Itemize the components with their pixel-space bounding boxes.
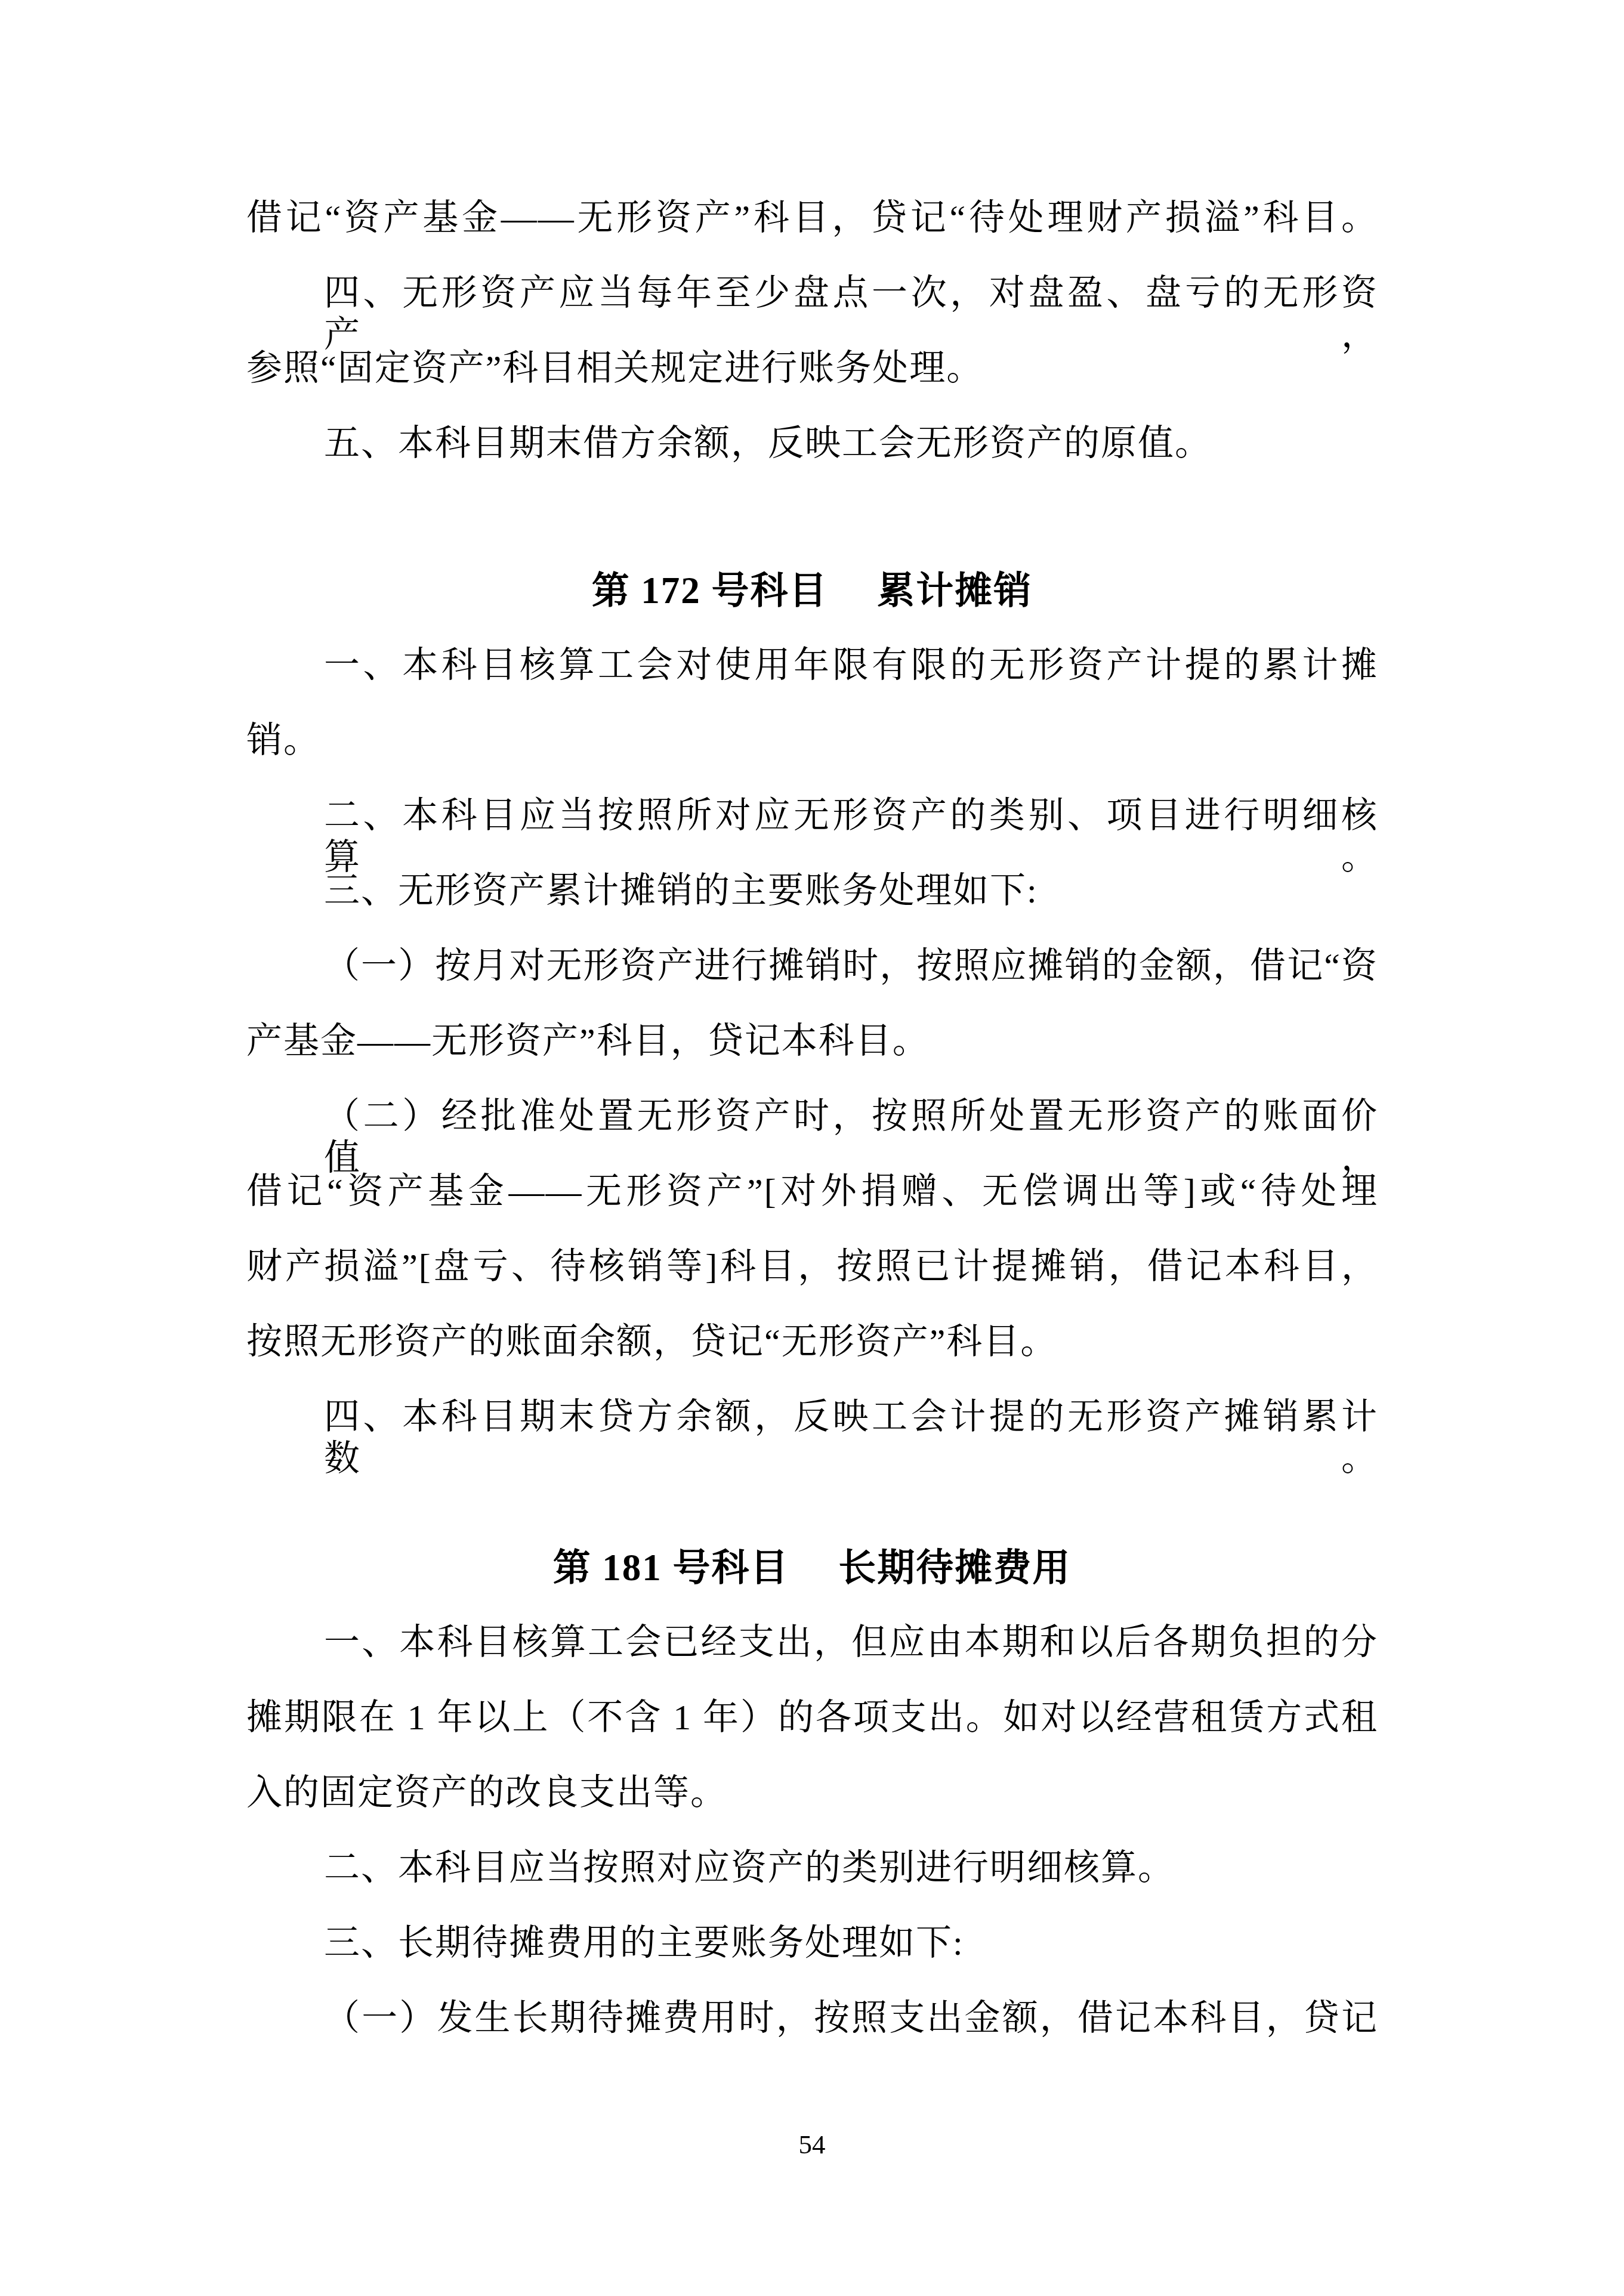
text-line: 入的固定资产的改良支出等。: [246, 1772, 1378, 1813]
text-line: 借记“资产基金——无形资产”科目，贷记“待处理财产损溢”科目。: [246, 197, 1378, 239]
text-line: 四、无形资产应当每年至少盘点一次，对盘盈、盘亏的无形资产，: [324, 272, 1378, 356]
section-heading-172: 第 172 号科目 累计摊销: [0, 569, 1624, 612]
text-line: 借记“资产基金——无形资产”[对外捐赠、无偿调出等]或“待处理: [246, 1170, 1378, 1212]
page-number: 54: [0, 2130, 1624, 2159]
text-line: 三、无形资产累计摊销的主要账务处理如下:: [324, 870, 1378, 911]
text-line: 按照无形资产的账面余额，贷记“无形资产”科目。: [246, 1321, 1378, 1362]
text-line: （一）发生长期待摊费用时，按照支出金额，借记本科目，贷记: [324, 1997, 1378, 2039]
text-line: 一、本科目核算工会已经支出，但应由本期和以后各期负担的分: [324, 1621, 1378, 1663]
text-line: 二、本科目应当按照对应资产的类别进行明细核算。: [324, 1847, 1378, 1889]
text-line: 四、本科目期末贷方余额，反映工会计提的无形资产摊销累计数。: [324, 1396, 1378, 1479]
text-line: 财产损溢”[盘亏、待核销等]科目，按照已计提摊销，借记本科目，: [246, 1246, 1378, 1287]
text-line: 五、本科目期末借方余额，反映工会无形资产的原值。: [324, 422, 1378, 464]
document-page: 借记“资产基金——无形资产”科目，贷记“待处理财产损溢”科目。 四、无形资产应当…: [0, 0, 1624, 2296]
text-line: 二、本科目应当按照所对应无形资产的类别、项目进行明细核算。: [324, 795, 1378, 878]
text-line: 摊期限在 1 年以上（不含 1 年）的各项支出。如对以经营租赁方式租: [246, 1696, 1378, 1738]
text-line: 参照“固定资产”科目相关规定进行账务处理。: [246, 347, 1378, 389]
text-line: （二）经批准处置无形资产时，按照所处置无形资产的账面价值，: [324, 1095, 1378, 1179]
text-line: 销。: [246, 719, 1378, 761]
text-line: 一、本科目核算工会对使用年限有限的无形资产计提的累计摊: [324, 644, 1378, 686]
section-heading-181: 第 181 号科目 长期待摊费用: [0, 1546, 1624, 1589]
text-line: （一）按月对无形资产进行摊销时，按照应摊销的金额，借记“资: [324, 945, 1378, 987]
text-line: 三、长期待摊费用的主要账务处理如下:: [324, 1922, 1378, 1964]
text-line: 产基金——无形资产”科目，贷记本科目。: [246, 1020, 1378, 1062]
